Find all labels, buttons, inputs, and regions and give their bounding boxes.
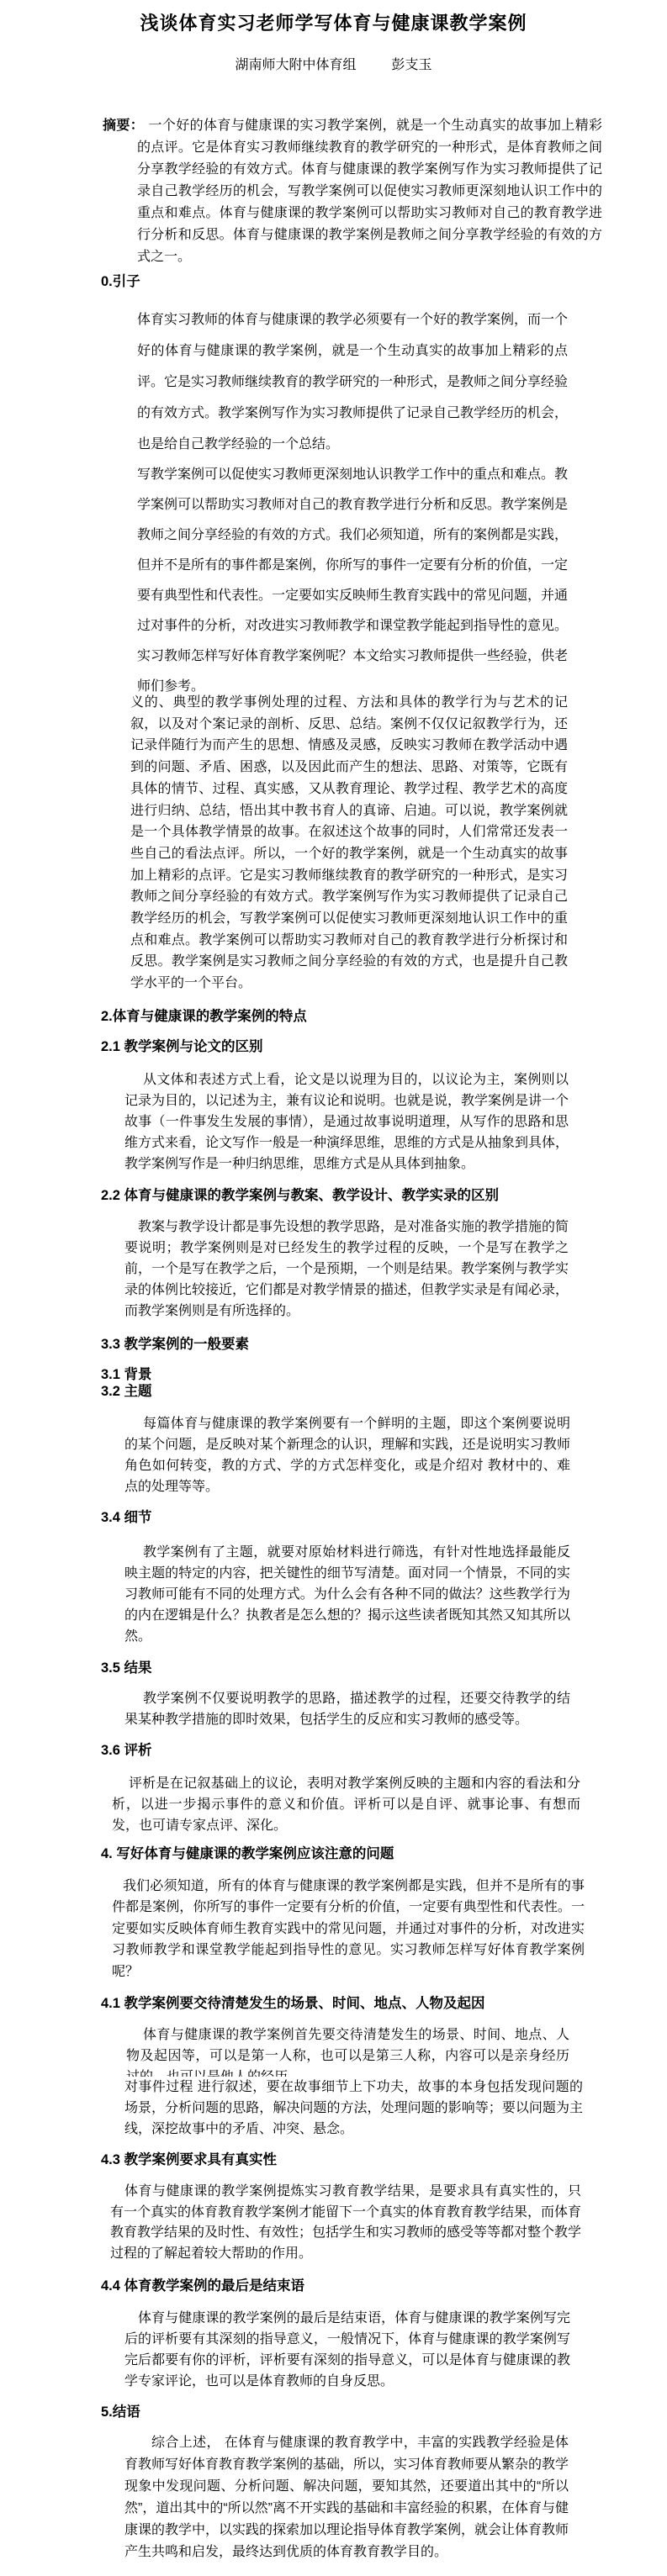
section-heading-4-1: 4.1 教学案例要交待清楚发生的场景、时间、地点、人物及起因 [101, 1994, 667, 2013]
paragraph-4-1-clipped: 体育与健康课的教学案例首先要交待清楚发生的场景、时间、地点、人物及起因等，可以是… [126, 2024, 569, 2077]
paragraph-4-2-overlap: 对事件过程 进行叙述，要在故事细节上下功夫，故事的本身包括发现问题的场景，分析问… [124, 2077, 583, 2140]
paragraph-3-5: 教学案例不仅要说明教学的思路，描述教学的过程，还要交待教学的结果某种教学措施的即… [124, 1688, 570, 1730]
section-heading-4-3: 4.3 教学案例要求具有真实性 [101, 2151, 667, 2169]
paragraph-4-3: 体育与健康课的教学案例提炼实习教育教学结果，是要求具有真实性的，只有一个真实的体… [110, 2182, 581, 2264]
paragraph-4: 我们必须知道，所有的体育与健康课的教学案例都是实践，但并不是所有的事件都是案例，… [112, 1876, 585, 1983]
byline-affiliation: 湖南师大附中体育组 [235, 58, 356, 72]
section-heading-3-5: 3.5 结果 [101, 1659, 667, 1677]
abstract-text: 一个好的体育与健康课的实习教学案例，就是一个生动真实的故事加上精彩的点评。它是体… [137, 117, 602, 264]
section-heading-3-2: 3.2 主题 [101, 1382, 667, 1401]
intro-paragraph-2: 写教学案例可以促使实习教师更深刻地认识教学工作中的重点和难点。教学案例可以帮助实… [137, 460, 568, 702]
section-heading-2-2: 2.2 体育与健康课的教学案例与教案、教学设计、教学实录的区别 [101, 1186, 667, 1205]
section-heading-4-4: 4.4 体育教学案例的最后是结束语 [101, 2277, 667, 2295]
paragraph-3-6: 评析是在记叙基础上的议论，表明对教学案例反映的主题和内容的看法和分析，以进一步揭… [112, 1773, 580, 1836]
paragraph-4-4: 体育与健康课的教学案例的最后是结束语，体育与健康课的教学案例写完后的评析要有其深… [124, 2308, 570, 2392]
section-heading-2-1: 2.1 教学案例与论文的区别 [101, 1037, 667, 1056]
section-heading-3-4: 3.4 细节 [101, 1508, 667, 1527]
document-page: 浅谈体育实习老师学写体育与健康课教学案例 湖南师大附中体育组彭支玉 摘要： 一个… [0, 0, 667, 2576]
paragraph-2-2: 教案与教学设计都是事先设想的教学思路，是对准备实施的教学措施的简要说明；教学案例… [124, 1217, 569, 1322]
paragraph-3-2: 每篇体育与健康课的教学案例要有一个鲜明的主题，即这个案例要说明的某个问题，是反映… [124, 1413, 570, 1497]
orphan-fragment-paragraph: 义的、典型的教学事例处理的过程、方法和具体的教学行为与艺术的记叙，以及对个案记录… [130, 692, 568, 995]
section-heading-4: 4. 写好体育与健康课的教学案例应该注意的问题 [101, 1845, 667, 1863]
paragraph-2-1: 从文体和表述方式上看，论文是以说理为目的，以议论为主，案例则以记录为目的，以记述… [124, 1069, 569, 1175]
section-heading-3-3: 3.3 教学案例的一般要素 [101, 1335, 667, 1354]
section-heading-5: 5.结语 [101, 2403, 667, 2421]
section-heading-intro: 0.引子 [101, 272, 667, 291]
page-title: 浅谈体育实习老师学写体育与健康课教学案例 [0, 12, 667, 35]
intro-paragraph-1: 体育实习教师的体育与健康课的教学必须要有一个好的教学案例，而一个好的体育与健康课… [137, 304, 568, 460]
section-heading-2: 2.体育与健康课的教学案例的特点 [101, 1007, 667, 1026]
abstract-paragraph: 摘要： 一个好的体育与健康课的实习教学案例，就是一个生动真实的故事加上精彩的点评… [103, 114, 602, 267]
section-heading-3-1: 3.1 背景 [101, 1365, 667, 1384]
byline-author: 彭支玉 [392, 58, 432, 72]
abstract-label: 摘要： [103, 117, 144, 133]
section-heading-3-6: 3.6 评析 [101, 1741, 667, 1760]
paragraph-5: 综合上述， 在体育与健康课的教育教学中，丰富的实践教学经验是体育教师写好体育教育… [124, 2432, 569, 2563]
paragraph-3-4: 教学案例有了主题，就要对原始材料进行筛选，有针对性地选择最能反映主题的特定的内容… [124, 1542, 570, 1647]
byline: 湖南师大附中体育组彭支玉 [0, 57, 667, 74]
